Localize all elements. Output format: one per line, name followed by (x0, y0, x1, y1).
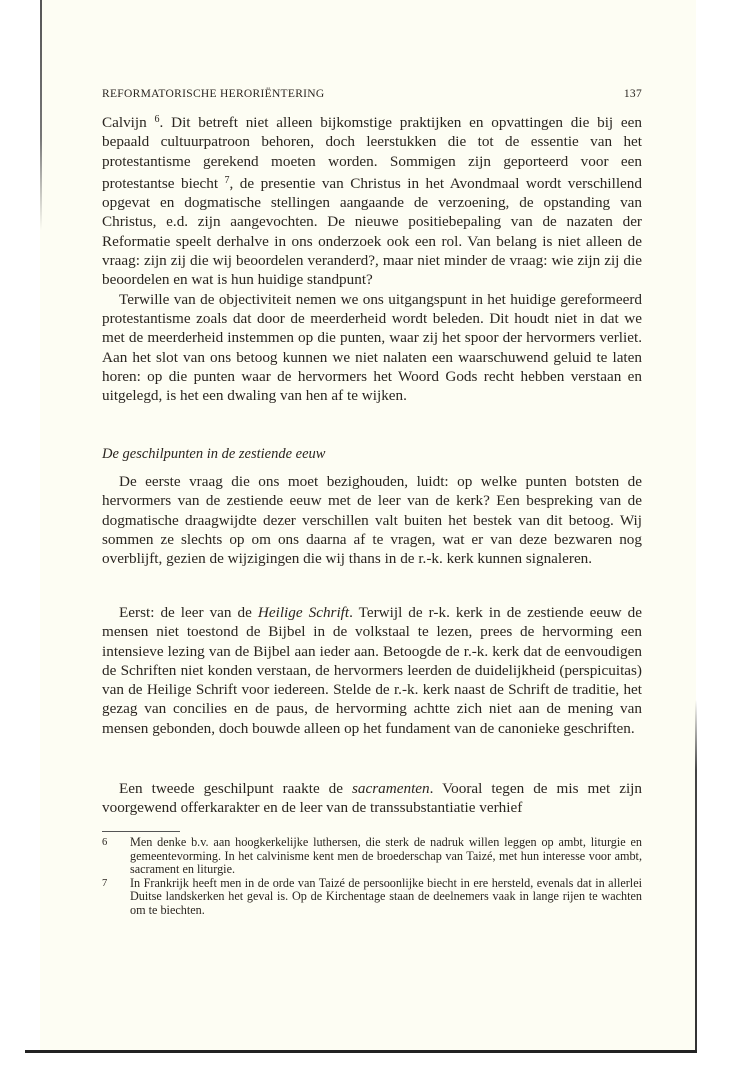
body-text-section-1: De eerste vraag die ons moet bezighouden… (102, 472, 642, 568)
running-head-title: REFORMATORISCHE HERORIËNTERING (102, 88, 325, 100)
paragraph-5: Een tweede geschilpunt raakte de sacrame… (102, 779, 642, 818)
footnote-6: 6 Men denke b.v. aan hoogkerkelijke luth… (102, 836, 642, 877)
running-head: REFORMATORISCHE HERORIËNTERING 137 (102, 88, 642, 100)
paragraph-3: De eerste vraag die ons moet bezighouden… (102, 472, 642, 568)
footnote-number: 7 (102, 877, 130, 918)
paragraph-1: Calvijn 6. Dit betreft niet alleen bijko… (102, 110, 642, 290)
text-run: Een tweede geschilpunt raakte de (119, 780, 352, 797)
body-text-section-3: Een tweede geschilpunt raakte de sacrame… (102, 779, 642, 818)
emphasis-heilige-schrift: Heilige Schrift (258, 604, 349, 621)
footnote-text: In Frankrijk heeft men in de orde van Ta… (130, 877, 642, 918)
section-heading: De geschilpunten in de zestiende eeuw (102, 446, 642, 463)
emphasis-sacramenten: sacramenten (352, 780, 430, 797)
footnote-7: 7 In Frankrijk heeft men in de orde van … (102, 877, 642, 918)
text-run: Eerst: de leer van de (119, 604, 258, 621)
text-run: Calvijn (102, 114, 155, 131)
text-run: . Terwijl de r-k. kerk in de zestiende e… (102, 604, 642, 737)
footnote-text: Men denke b.v. aan hoogkerkelijke luther… (130, 836, 642, 877)
page-edge-left (40, 0, 42, 230)
body-text-section-2: Eerst: de leer van de Heilige Schrift. T… (102, 603, 642, 738)
footnote-number: 6 (102, 836, 130, 877)
paragraph-4: Eerst: de leer van de Heilige Schrift. T… (102, 603, 642, 738)
page-number: 137 (624, 88, 642, 100)
footnotes: 6 Men denke b.v. aan hoogkerkelijke luth… (102, 836, 642, 918)
footnote-divider (102, 831, 180, 832)
page-edge-right (695, 700, 697, 1053)
paragraph-2: Terwille van de objectiviteit nemen we o… (102, 290, 642, 406)
page-edge-bottom (25, 1050, 697, 1053)
body-text-top: Calvijn 6. Dit betreft niet alleen bijko… (102, 110, 642, 405)
